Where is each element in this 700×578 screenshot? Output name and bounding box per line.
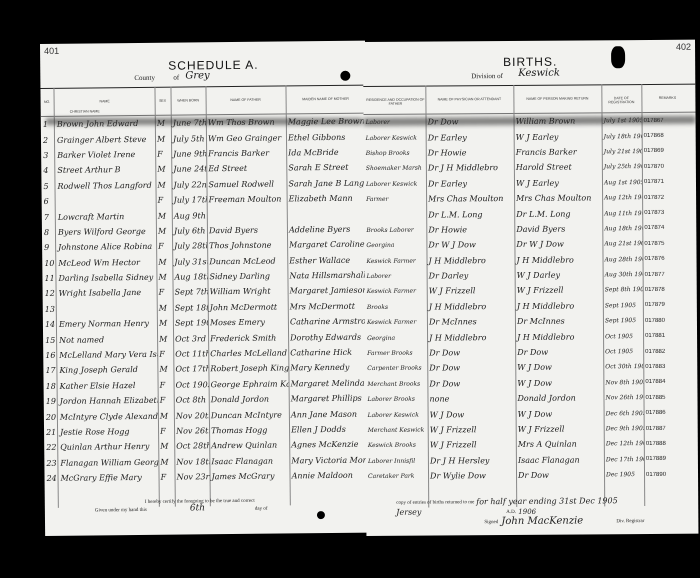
cell-mother: Annie Maldoon <box>289 471 369 481</box>
cell-no: 21 <box>44 428 58 437</box>
cell-born: July 17th 1905 <box>172 195 207 204</box>
cell-reg-no: 017879 <box>643 302 695 308</box>
cell-sex: F <box>158 427 174 436</box>
copy-value: for half year ending 31st Dec 1905 <box>476 496 618 506</box>
table-row: Caretaker ParkDr Wylie DowDr DowDec 1905… <box>366 467 698 485</box>
left-entries: 1Brown John EdwardMJune 7th 1905Wm Thos … <box>41 114 370 487</box>
cell-born: Oct 11th 1905 <box>173 349 208 358</box>
cell-born: Nov 23rd 1905 <box>174 472 209 481</box>
cell-return-by: Dr Dow <box>516 470 604 480</box>
cell-registered: July 18th 1905 <box>602 133 642 140</box>
cell-residence: Laborer Keswick <box>364 180 426 187</box>
cell-father: David Byers <box>207 225 287 235</box>
cell-no: 13 <box>43 305 57 314</box>
cell-name: Darling Isabella Sidney <box>56 273 156 283</box>
cell-name <box>57 308 157 309</box>
cell-reg-no: 017868 <box>642 133 694 139</box>
cell-father: Thos Johnstone <box>207 241 287 251</box>
col-residence: Residence and Occupation of Father <box>365 98 425 106</box>
cell-mother: Margaret Melinda Carter <box>289 378 369 388</box>
cell-registered: Sept 1905 <box>603 302 643 309</box>
cell-return-by: David Byers <box>514 224 602 234</box>
cell-reg-no: 017873 <box>642 210 694 216</box>
cell-born: Oct 8th 1905 <box>174 395 209 404</box>
cell-born: Oct 1905 <box>174 380 209 389</box>
cell-sex: F <box>156 196 172 205</box>
cell-father: Robert Joseph King <box>208 364 288 374</box>
cell-return-by: Donald Jordon <box>515 394 603 404</box>
cell-return-by: J H Middlebro <box>514 255 602 265</box>
cell-born: Nov 26th 1905 <box>174 426 209 435</box>
cell-registered: Aug 21st 1905 <box>602 240 642 247</box>
cell-mother: Mrs McDermott <box>288 301 368 311</box>
cell-registered: Aug 11th 1905 <box>602 210 642 217</box>
cell-residence: Farmer <box>364 196 426 203</box>
cell-father: William Wright <box>208 287 288 297</box>
cell-sex: F <box>158 473 174 482</box>
cell-attendant: Dr Dow <box>427 348 515 358</box>
cell-reg-no: 017884 <box>643 379 695 385</box>
cell-sex: M <box>158 457 174 466</box>
cell-sex: M <box>155 134 171 143</box>
cell-no: 9 <box>42 243 56 252</box>
cell-attendant: W J Dow <box>428 410 516 420</box>
cell-residence: Farmer Brooks <box>365 350 427 357</box>
cell-no: 2 <box>41 135 55 144</box>
cell-name: Johnstone Alice Robina <box>56 242 156 252</box>
cell-name: Grainger Albert Steve <box>55 134 155 144</box>
registrar-signature: John MacKenzie <box>501 515 583 527</box>
cell-return-by: W J Dow <box>516 409 604 419</box>
cell-father: Donald Jordon <box>209 395 289 405</box>
cell-residence: Keswick Farmer <box>365 319 427 326</box>
cell-attendant: W J Frizzell <box>428 425 516 435</box>
cell-name: Not named <box>57 334 157 344</box>
cell-mother: Margaret Caroline Mitchell <box>287 240 367 250</box>
cell-born: Oct 17th 1905 <box>173 365 208 374</box>
cell-reg-no: 017871 <box>642 179 694 185</box>
col-no: No. <box>41 100 54 104</box>
cell-mother: Ethel Gibbons <box>286 132 366 142</box>
cell-return-by: W J Earley <box>514 178 602 188</box>
cell-born: July 31st 1905 <box>172 257 207 266</box>
cell-registered: Aug 30th 1905 <box>603 271 643 278</box>
cell-residence: Laborer Innisfil <box>366 457 428 464</box>
cell-mother: Addeline Byers <box>287 225 367 235</box>
cell-father: Andrew Quinlan <box>209 441 289 451</box>
cell-born: Nov 18th 1905 <box>174 457 209 466</box>
cell-registered: Dec 1905 <box>604 471 644 478</box>
cell-reg-no: 017881 <box>643 333 695 339</box>
ad-value: 1906 <box>518 508 536 516</box>
cell-name: McLeod Wm Hector <box>56 257 156 267</box>
cell-father: Thomas Hogg <box>209 425 289 435</box>
cell-mother: Nata Hillsmarshall <box>287 271 367 281</box>
cell-no: 22 <box>44 443 58 452</box>
cell-born: July 28th 1905 <box>172 242 207 251</box>
cell-sex: M <box>156 273 172 282</box>
cell-sex: F <box>155 150 171 159</box>
cell-registered: Aug 18th 1905 <box>602 225 642 232</box>
header-rule <box>363 84 695 87</box>
cell-registered: Dec 17th 1905 <box>604 456 644 463</box>
cell-reg-no: 017876 <box>643 256 695 262</box>
cell-residence: Laborer <box>365 273 427 280</box>
cell-registered: July 21st 1905 <box>602 148 642 155</box>
page-number-left: 401 <box>44 46 59 56</box>
cell-reg-no: 017870 <box>642 164 694 170</box>
cell-reg-no: 017869 <box>642 148 694 154</box>
cell-name: Byers Wilford George <box>56 227 156 237</box>
cell-father: Ed Street <box>206 164 286 174</box>
cell-attendant: Dr Darley <box>427 271 515 281</box>
cell-father: Duncan McLeod <box>207 256 287 266</box>
cell-mother: Ida McBride <box>286 148 366 158</box>
header-rule <box>40 85 365 89</box>
cell-return-by: W J Frizzell <box>516 424 604 434</box>
copy-text: copy of entries of births returned to me <box>396 500 474 506</box>
cell-return-by: W J Dow <box>515 363 603 373</box>
registrar-label: Div. Registrar <box>616 519 644 524</box>
cell-born: July 6th 1905 <box>172 226 207 235</box>
cell-mother: Margaret Jamieson <box>288 286 368 296</box>
cell-name: Emery Norman Henry <box>57 319 157 329</box>
cell-reg-no: 017882 <box>643 348 695 354</box>
cell-attendant: none <box>427 394 515 404</box>
cell-return-by: J H Middlebro <box>515 332 603 342</box>
col-when-born: When Born <box>171 98 206 102</box>
cell-residence: Laborer Keswick <box>366 411 428 418</box>
cell-return-by: Mrs A Quinlan <box>516 440 604 450</box>
cell-born: Nov 20th 1905 <box>174 411 209 420</box>
cell-attendant: Dr Howie <box>426 225 514 235</box>
cell-sex: M <box>157 334 173 343</box>
cell-father: Sidney Darling <box>207 272 287 282</box>
cell-mother: Esther Wallace <box>287 255 367 265</box>
cell-residence: Merchant Keswick <box>366 427 428 434</box>
cell-mother: Sarah E Street <box>286 163 366 173</box>
cell-no: 24 <box>45 474 59 483</box>
col-return-by: Name of Person Making Return <box>513 96 601 101</box>
cell-attendant: Dr Howie <box>426 148 514 158</box>
cell-sex: F <box>158 380 174 389</box>
cell-registered: Nov 26th 1905 <box>603 394 643 401</box>
cell-sex: M <box>155 180 171 189</box>
cell-return-by: W J Frizzell <box>515 286 603 296</box>
cell-born: July 22nd 1905 <box>171 180 206 189</box>
cell-born: Oct 28th 1905 <box>174 442 209 451</box>
cell-sex: M <box>158 442 174 451</box>
cell-mother <box>287 214 367 215</box>
cell-born: Aug 18th 1905 <box>172 272 207 281</box>
cell-name: Street Arthur B <box>55 165 155 175</box>
cell-father <box>207 214 287 215</box>
cell-no: 16 <box>43 351 57 360</box>
cell-residence: Laborer Keswick <box>364 134 426 141</box>
cell-residence: Caretaker Park <box>366 473 428 480</box>
cell-attendant: J H Middlebro <box>427 333 515 343</box>
cell-mother: Agnes McKenzie <box>289 440 369 450</box>
given-day: 6th <box>190 503 205 513</box>
col-sex: Sex <box>155 99 171 103</box>
cell-residence: Brooks Laborer <box>364 226 426 233</box>
cell-registered: Dec 9th 1905 <box>604 425 644 432</box>
cell-no: 18 <box>44 382 58 391</box>
cell-no: 19 <box>44 397 58 406</box>
signed-label: Signed <box>484 520 498 525</box>
cell-father: Duncan McIntyre <box>209 410 289 420</box>
cell-attendant: Dr Earley <box>426 179 514 189</box>
col-attendant: Name of Physician or Attendant <box>425 97 513 102</box>
cell-residence: Brooks <box>365 303 427 310</box>
ad-label: A.D. <box>506 510 516 515</box>
col-mother: Maiden Name of Mother <box>286 97 366 102</box>
cell-reg-no: 017878 <box>643 287 695 293</box>
cell-father: Francis Barker <box>206 148 286 158</box>
cell-residence: Keswick Brooks <box>366 442 428 449</box>
cell-reg-no: 017886 <box>644 410 696 416</box>
cell-reg-no: 017885 <box>643 394 695 400</box>
cell-reg-no: 017888 <box>644 441 696 447</box>
cell-father: Wm Geo Grainger <box>206 133 286 143</box>
cell-sex: M <box>155 165 171 174</box>
cell-born: Sept 7th 1905 <box>173 288 208 297</box>
cell-no: 20 <box>44 412 58 421</box>
cell-name: Flanagan William George <box>58 458 158 468</box>
cell-return-by: W J Darley <box>515 270 603 280</box>
cell-registered: Sept 8th 1905 <box>603 287 643 294</box>
cell-attendant: Dr L.M. Long <box>426 209 514 219</box>
cell-no: 14 <box>43 320 57 329</box>
cell-no: 12 <box>43 289 57 298</box>
cell-father: George Ephraim Kather <box>209 379 289 389</box>
cell-residence: Merchant Brooks <box>365 380 427 387</box>
cell-no: 5 <box>41 182 55 191</box>
cell-registered: Dec 6th 1905 <box>604 410 644 417</box>
cell-sex: F <box>158 396 174 405</box>
cell-born: Sept 18th 1905 <box>173 303 208 312</box>
cell-mother: Margaret Phillips <box>289 394 369 404</box>
cell-registered: Sept 1905 <box>603 317 643 324</box>
county-signature: Jersey <box>396 508 421 517</box>
cell-registered: Dec 12th 1905 <box>604 440 644 447</box>
cell-attendant: Mrs Chas Moulton <box>426 194 514 204</box>
cell-name: Jordon Hannah Elizabeth <box>58 396 158 406</box>
cell-attendant: W J Frizzell <box>427 286 515 296</box>
day-of: day of <box>255 507 268 512</box>
left-page: 401 SCHEDULE A. County of Grey No. Name … <box>40 41 370 536</box>
cell-name: Kather Elsie Hazel <box>58 381 158 391</box>
cell-no: 4 <box>41 166 55 175</box>
cell-attendant: Dr Wylie Dow <box>428 471 516 481</box>
cell-sex: F <box>157 350 173 359</box>
cell-return-by: Dr McInnes <box>515 317 603 327</box>
cell-return-by: Francis Barker <box>514 147 602 157</box>
cell-reg-no: 017877 <box>643 271 695 277</box>
cell-name: McGrary Effie Mary <box>59 473 159 483</box>
cell-born: June 24th 1905 <box>171 165 206 174</box>
cell-reg-no: 017880 <box>643 317 695 323</box>
cell-sex: M <box>157 319 173 328</box>
cell-attendant: W J Frizzell <box>428 440 516 450</box>
county-prefix: of <box>173 74 179 82</box>
cell-return-by: Mrs Chas Moulton <box>514 193 602 203</box>
cell-registered: Oct 1905 <box>603 348 643 355</box>
cell-sex: M <box>156 257 172 266</box>
cell-mother: Elizabeth Mann <box>287 194 367 204</box>
cell-no: 15 <box>43 335 57 344</box>
cell-mother: Mary Victoria Morrow <box>289 455 369 465</box>
cell-residence: Georgina <box>364 242 426 249</box>
cell-return-by: Dr L.M. Long <box>514 209 602 219</box>
cell-attendant: Dr McInnes <box>427 317 515 327</box>
page-number-right: 402 <box>676 42 691 52</box>
cell-name: Wright Isabella Jane <box>57 288 157 298</box>
col-registration: Date of Registration <box>601 96 641 104</box>
cell-sex: M <box>156 211 172 220</box>
cell-sex: M <box>156 227 172 236</box>
cell-no: 8 <box>42 228 56 237</box>
cell-father: Isaac Flanagan <box>209 456 289 466</box>
cell-reg-no: 017887 <box>644 425 696 431</box>
cell-residence: Carpenter Brooks <box>365 365 427 372</box>
cell-return-by: J H Middlebro <box>515 301 603 311</box>
cell-residence: Keswick Farmer <box>365 288 427 295</box>
schedule-title: SCHEDULE A. <box>168 58 259 73</box>
county-label: County <box>134 74 155 82</box>
county-value: Grey <box>185 70 209 81</box>
cell-name: Barker Violet Irene <box>55 150 155 160</box>
cell-mother: Ellen J Dodds <box>289 425 369 435</box>
cell-no: 11 <box>42 274 56 283</box>
cell-father: Freeman Moulton <box>207 195 287 205</box>
cell-mother: Sarah Jane B Langford <box>286 178 366 188</box>
cell-mother: Dorothy Edwards <box>288 332 368 342</box>
col-remarks: Remarks <box>641 96 693 100</box>
cell-father: Samuel Rodwell <box>206 179 286 189</box>
cell-registered: Aug 28th 1905 <box>603 256 643 263</box>
cell-sex: M <box>157 303 173 312</box>
cell-born: July 5th 1905 <box>171 134 206 143</box>
given-text: Given under my hand this <box>95 508 147 514</box>
cell-sex: M <box>157 365 173 374</box>
cell-mother: Ann Jane Mason <box>289 409 369 419</box>
cell-name <box>56 200 156 201</box>
col-christian-name: Christian Name <box>55 109 115 114</box>
cell-residence: Georgina <box>365 334 427 341</box>
right-entries: LaborerDr DowWilliam BrownJuly 1st 19050… <box>364 113 699 485</box>
cell-return-by: Isaac Flanagan <box>516 455 604 465</box>
cell-name: McLelland Mary Vera Isabella <box>57 350 157 360</box>
cell-father: John McDermott <box>208 302 288 312</box>
col-father: Name of Father <box>206 97 286 102</box>
cell-reg-no: 017872 <box>642 194 694 200</box>
cell-born: Aug 9th 1905 <box>172 211 207 220</box>
division-label: Division of <box>471 72 503 80</box>
cell-mother: Mary Kennedy <box>288 363 368 373</box>
cell-attendant: Dr J H Hersley <box>428 456 516 466</box>
cell-name: Lowcraft Martin <box>56 211 156 221</box>
cell-no: 23 <box>44 459 58 468</box>
cell-no: 6 <box>42 197 56 206</box>
cell-sex: M <box>158 411 174 420</box>
cell-return-by: W J Earley <box>514 132 602 142</box>
cell-registered: Aug 1st 1905 <box>602 179 642 186</box>
cell-born: Oct 3rd 1905 <box>173 334 208 343</box>
cell-registered: Oct 30th 1905 <box>603 363 643 370</box>
cell-registered: Nov 8th 1905 <box>603 379 643 386</box>
cell-reg-no: 017890 <box>644 471 696 477</box>
cell-reg-no: 017883 <box>643 364 695 370</box>
cell-attendant: Dr W J Dow <box>426 240 514 250</box>
cell-father: Charles McLelland <box>208 348 288 358</box>
cell-residence: Keswick Farmer <box>365 257 427 264</box>
cell-reg-no: 017875 <box>642 241 694 247</box>
right-page: 402 BIRTHS. Division of Keswick Residenc… <box>363 40 698 536</box>
cell-reg-no: 017889 <box>644 456 696 462</box>
cell-attendant: Dr Earley <box>426 133 514 143</box>
cell-reg-no: 017874 <box>642 225 694 231</box>
cell-registered: Oct 1905 <box>603 333 643 340</box>
cell-return-by: Harold Street <box>514 163 602 173</box>
cell-residence: Bishop Brooks <box>364 150 426 157</box>
cell-name: Quinlan Arthur Henry <box>58 442 158 452</box>
cell-return-by: W J Dow <box>515 378 603 388</box>
division-value: Keswick <box>518 68 560 79</box>
cell-name: Rodwell Thos Langford <box>55 181 155 191</box>
cell-attendant: Dr J H Middlebro <box>426 163 514 173</box>
cell-registered: Aug 12th 1905 <box>602 194 642 201</box>
cell-return-by: Dr Dow <box>515 347 603 357</box>
cell-sex: F <box>156 242 172 251</box>
cell-no: 10 <box>42 259 56 268</box>
table-row: 24McGrary Effie MaryFNov 23rd 1905James … <box>44 468 369 487</box>
cell-mother: Catharine Armstrong <box>288 317 368 327</box>
cell-mother: Catharine Hick <box>288 348 368 358</box>
cell-born: June 9th 1905 <box>171 149 206 158</box>
cell-attendant: Dr Dow <box>427 363 515 373</box>
cell-father: Frederick Smith <box>208 333 288 343</box>
cell-attendant: Dr Dow <box>427 379 515 389</box>
cell-name: McIntyre Clyde Alexander <box>58 411 158 421</box>
cell-no: 3 <box>41 151 55 160</box>
cell-born: Sept 1905 <box>173 319 208 328</box>
cell-attendant: J H Middlebro <box>427 302 515 312</box>
cell-residence: Laborer Brooks <box>365 396 427 403</box>
cell-name: Jestie Rose Hogg <box>58 427 158 437</box>
cell-sex: F <box>157 288 173 297</box>
cell-father: Moses Emery <box>208 318 288 328</box>
col-name: Name <box>55 99 155 104</box>
cell-registered: July 25th 1905 <box>602 163 642 170</box>
cell-name: King Joseph Gerald <box>57 365 157 375</box>
cell-no: 7 <box>42 212 56 221</box>
cell-residence: Shoemaker Marsh <box>364 165 426 172</box>
cell-father: James McGrary <box>209 472 289 482</box>
cell-no: 17 <box>43 366 57 375</box>
cell-attendant: J H Middlebro <box>426 256 514 266</box>
cell-return-by: Dr W J Dow <box>514 240 602 250</box>
